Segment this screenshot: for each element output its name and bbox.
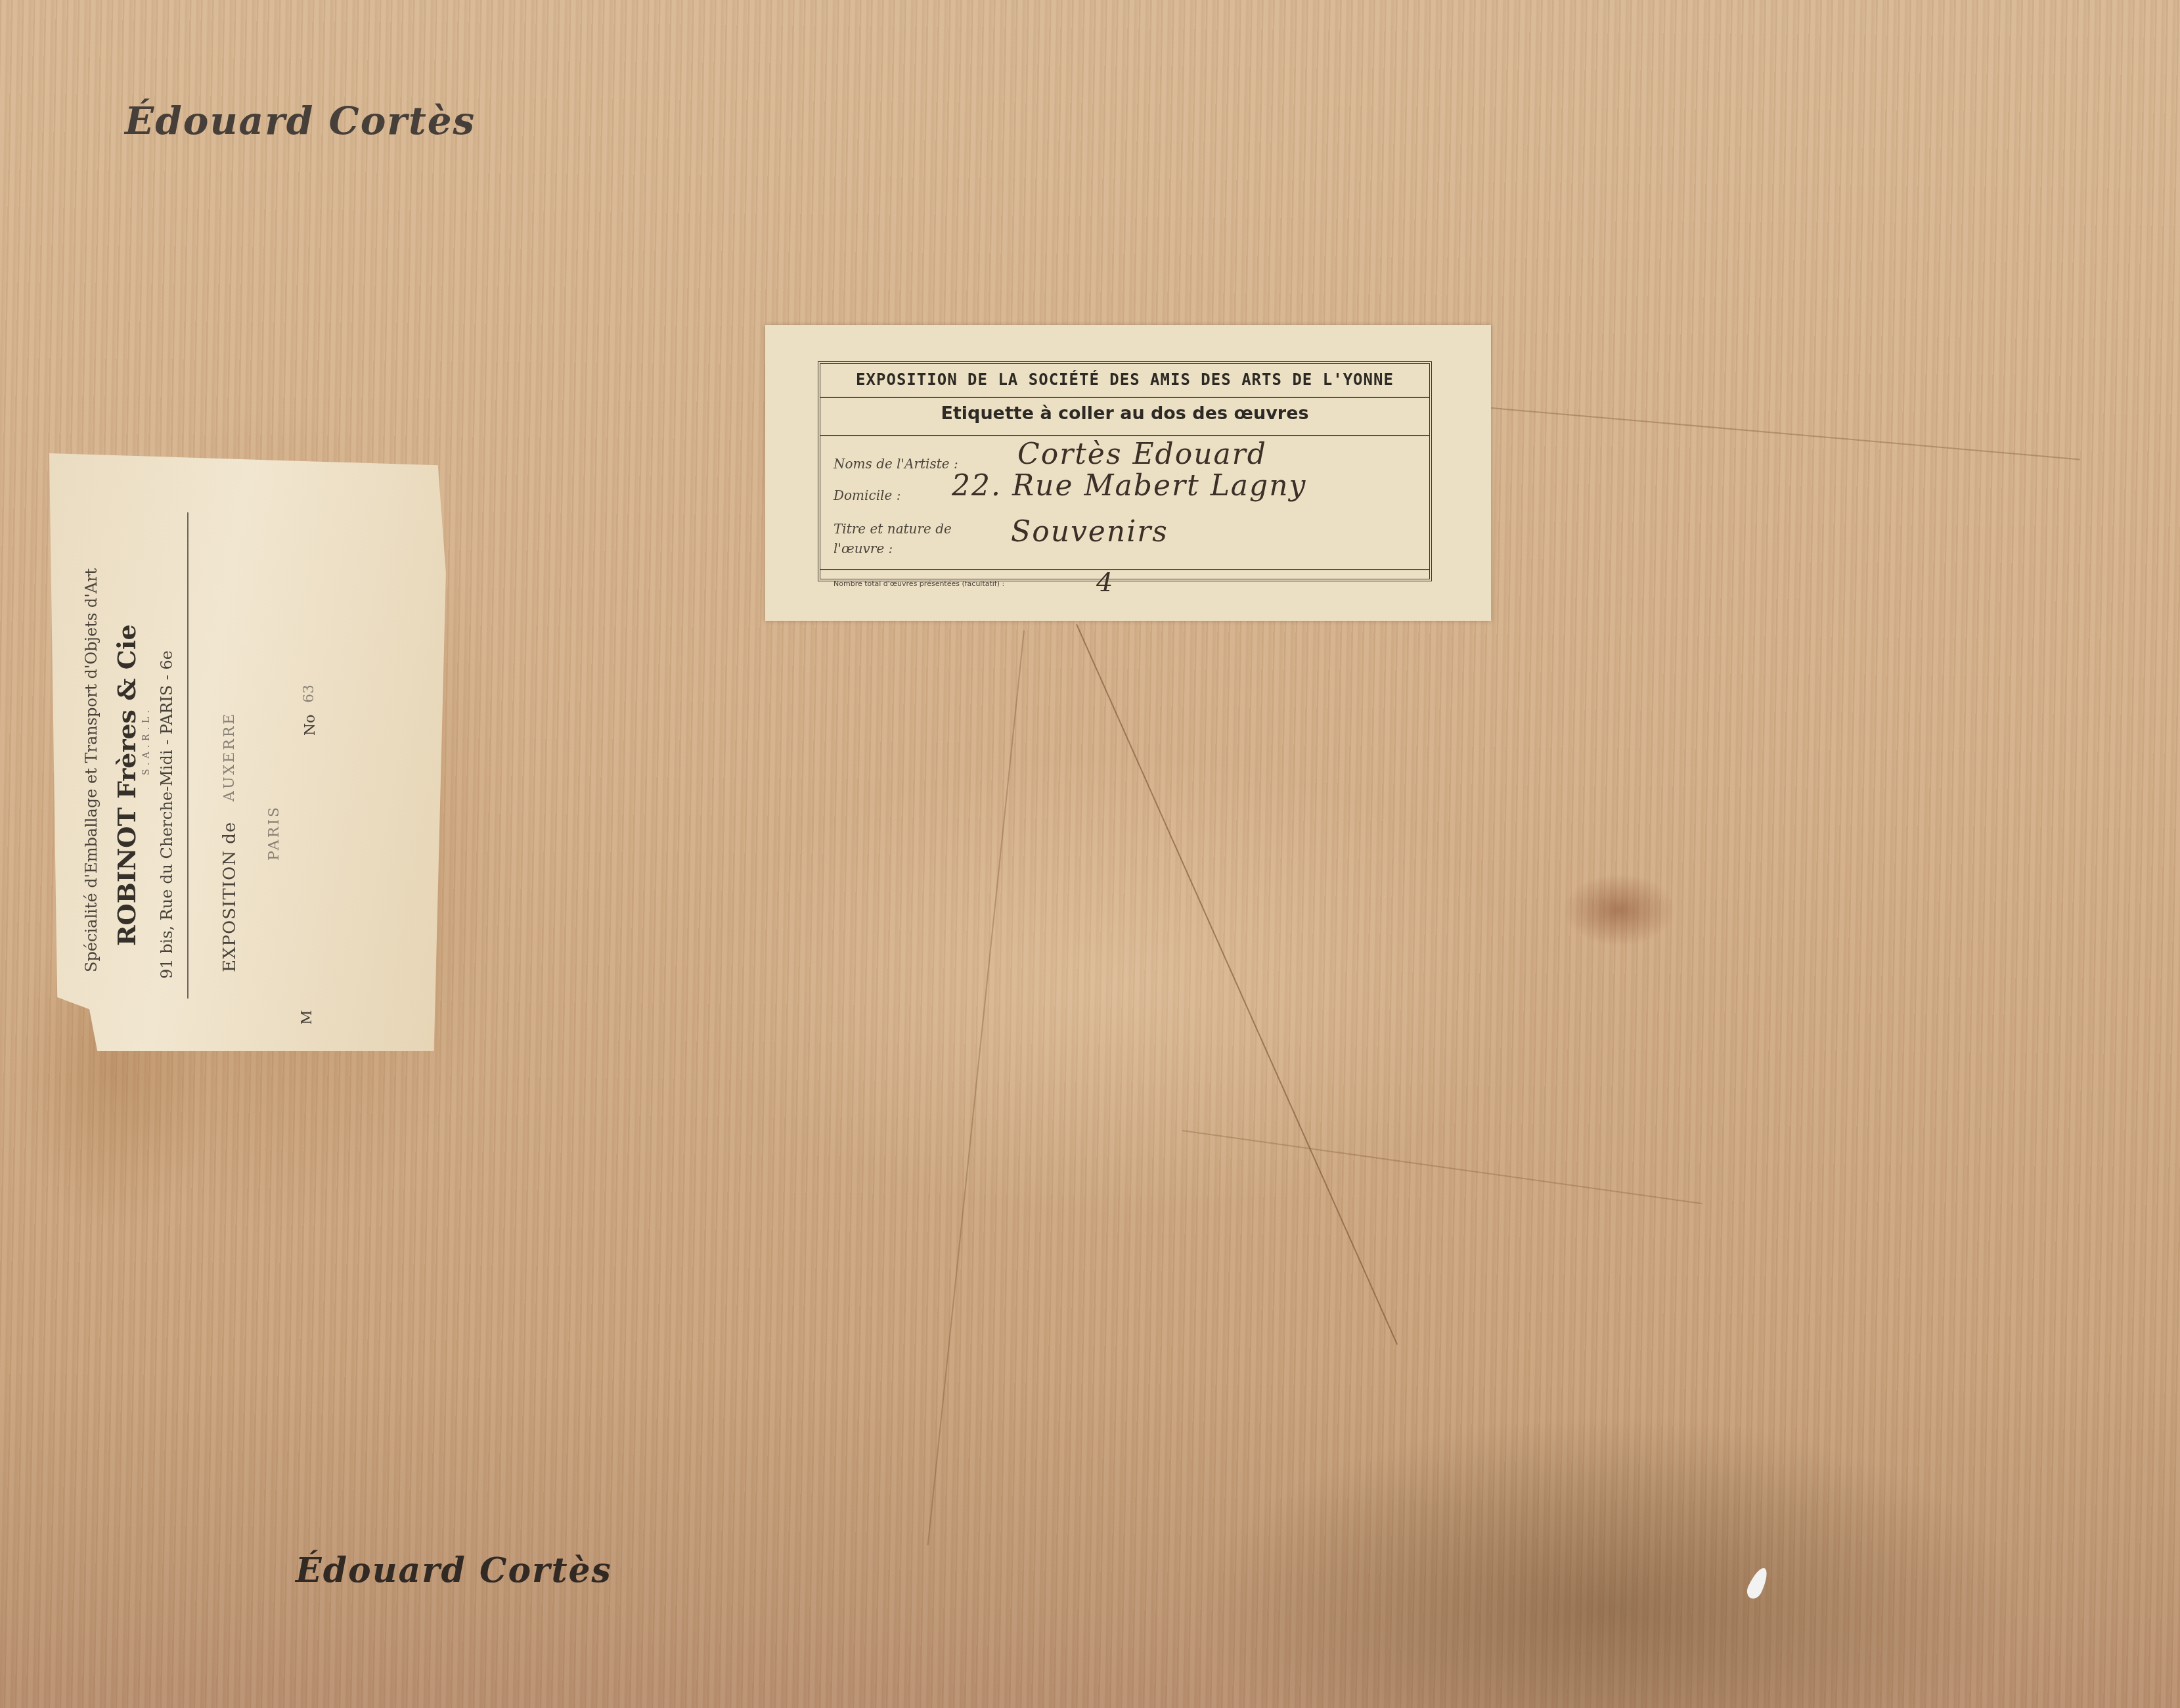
exhibition-label: EXPOSITION DE LA SOCIÉTÉ DES AMIS DES AR… bbox=[765, 325, 1491, 621]
wood-stain bbox=[1563, 874, 1675, 946]
divider bbox=[820, 435, 1429, 436]
domicile-label: Domicile : bbox=[834, 487, 901, 503]
divider bbox=[187, 512, 189, 999]
signature-inscription-bottom: Édouard Cortès bbox=[296, 1550, 612, 1590]
signature-inscription-top: Édouard Cortès bbox=[125, 99, 476, 143]
title-value: Souvenirs bbox=[1011, 515, 1168, 549]
city-value: PARIS bbox=[266, 805, 282, 861]
title-label: Titre et nature de l'œuvre : bbox=[834, 519, 965, 558]
exposition-value: AUXERRE bbox=[221, 712, 238, 801]
shipping-sarl: S.A.R.L. bbox=[141, 706, 152, 775]
shipping-specialty: Spécialité d'Emballage et Transport d'Ob… bbox=[82, 568, 100, 972]
total-works-label: Nombre total d'œuvres présentées (facult… bbox=[834, 579, 1004, 588]
exhibition-title: EXPOSITION DE LA SOCIÉTÉ DES AMIS DES AR… bbox=[820, 371, 1429, 389]
divider bbox=[820, 569, 1429, 570]
exhibition-subtitle: Etiquette à coller au dos des œuvres bbox=[820, 403, 1429, 424]
label-frame: EXPOSITION DE LA SOCIÉTÉ DES AMIS DES AR… bbox=[818, 361, 1432, 581]
number-value: 63 bbox=[301, 685, 317, 703]
shipping-company: ROBINOT Frères & Cie bbox=[112, 624, 141, 946]
number-label: No bbox=[302, 715, 319, 736]
exposition-label: EXPOSITION de bbox=[220, 822, 240, 972]
artist-name-value: Cortès Edouard bbox=[1017, 438, 1267, 471]
artist-name-label: Noms de l'Artiste : bbox=[834, 456, 958, 472]
m-label: M bbox=[299, 1010, 315, 1025]
shipping-label: Spécialité d'Emballage et Transport d'Ob… bbox=[49, 453, 450, 1051]
shipping-address: 91 bis, Rue du Cherche-Midi - PARIS - 6e bbox=[158, 650, 176, 979]
divider bbox=[820, 397, 1429, 398]
domicile-value: 22. Rue Mabert Lagny bbox=[952, 469, 1306, 503]
total-works-value: 4 bbox=[1096, 568, 1114, 598]
